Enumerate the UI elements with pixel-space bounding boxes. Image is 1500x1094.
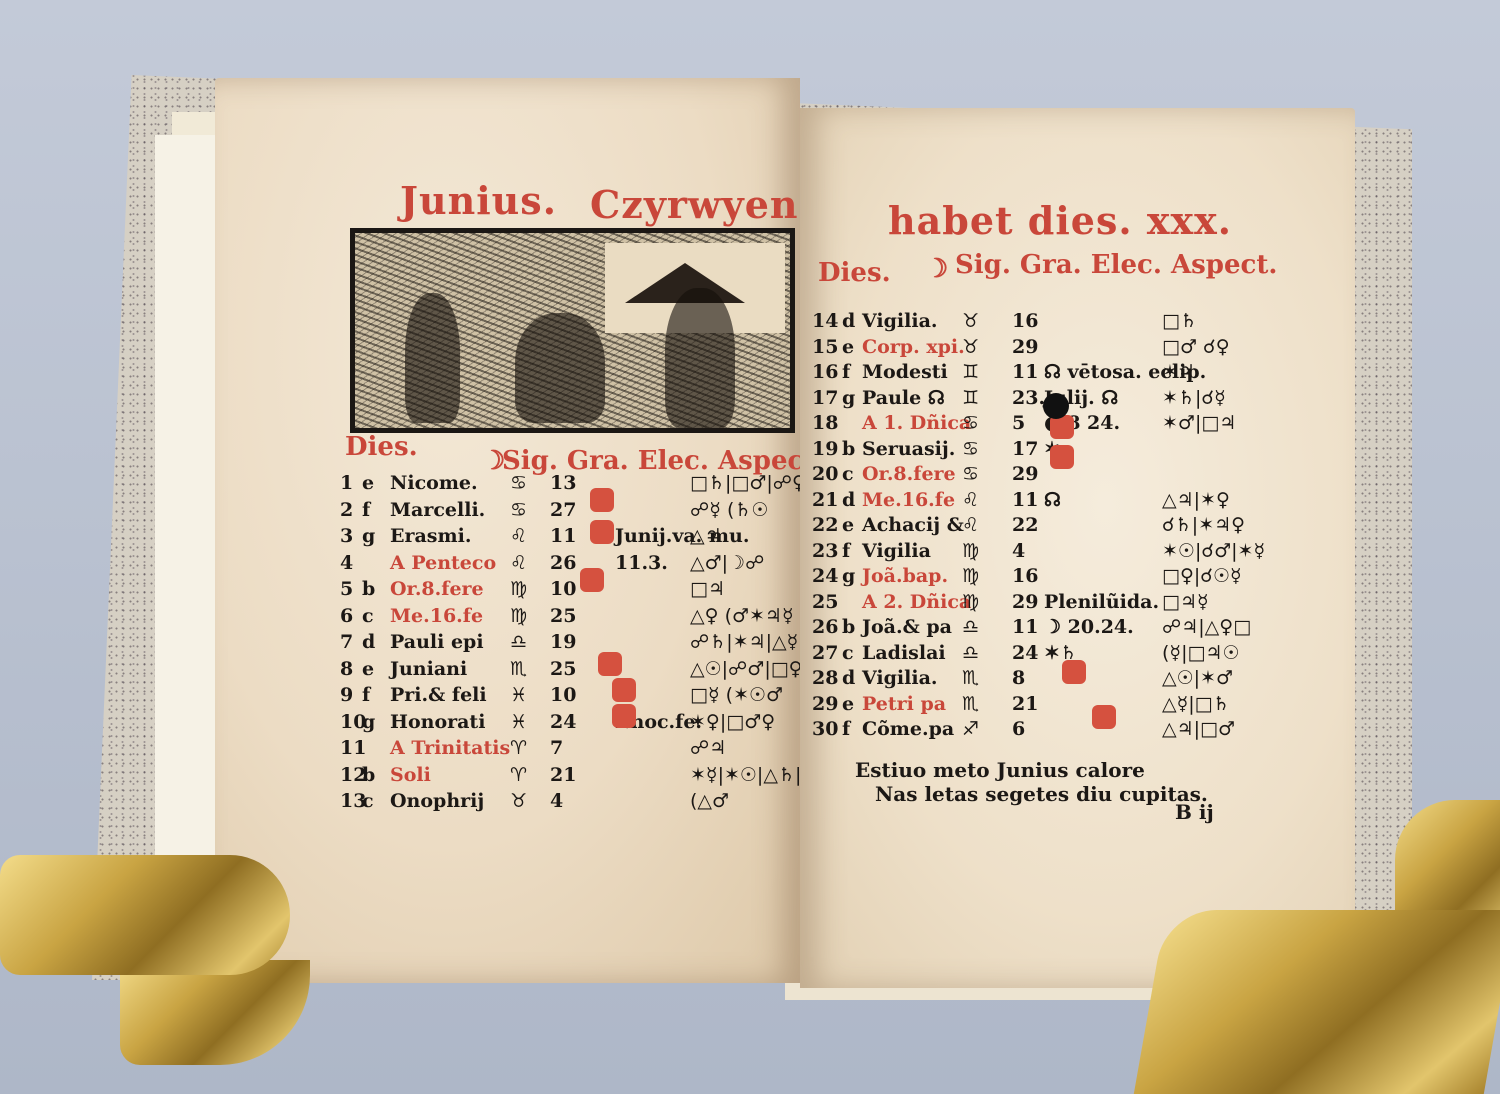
- feast-name: Or.8.fere: [390, 576, 484, 602]
- aspect-symbols: △☉|☍♂|□♀: [690, 656, 803, 682]
- degree: 29: [1012, 334, 1038, 360]
- zodiac-sign-icon: ♍: [962, 563, 979, 589]
- degree: 29: [1012, 589, 1038, 615]
- aspect-symbols: ✶♄|☌☿: [1162, 385, 1226, 411]
- zodiac-sign-icon: ♌: [962, 487, 979, 513]
- header-moon-icon: ☽: [925, 254, 948, 284]
- dominical-letter: b: [362, 576, 375, 602]
- day-number: 24: [812, 563, 838, 589]
- feast-name: Honorati: [390, 709, 485, 735]
- zodiac-sign-icon: ♋: [962, 436, 979, 462]
- degree: 16: [1012, 308, 1038, 334]
- degree: 7: [550, 735, 563, 761]
- aspect-symbols: △♃|□♂: [1162, 716, 1235, 742]
- dominical-letter: d: [842, 308, 855, 334]
- zodiac-sign-icon: ♉: [962, 334, 979, 360]
- red-rubric-mark: [1092, 705, 1116, 729]
- feast-name: Cõme.pa: [862, 716, 954, 742]
- dominical-letter: g: [842, 563, 855, 589]
- dominical-letter: e: [842, 691, 854, 717]
- degree: 27: [550, 497, 576, 523]
- degree: 13: [550, 470, 576, 496]
- day-number: 22: [812, 512, 838, 538]
- feast-name: Nicome.: [390, 470, 478, 496]
- day-number: 9: [340, 682, 353, 708]
- feast-name: Onophrij: [390, 788, 484, 814]
- election-note: ☽ 20.24.: [1044, 614, 1134, 640]
- signature-mark: B ij: [1175, 800, 1214, 824]
- red-rubric-mark: [612, 678, 636, 702]
- dominical-letter: d: [362, 629, 375, 655]
- zodiac-sign-icon: ♈: [510, 735, 527, 761]
- day-number: 11: [340, 735, 366, 761]
- red-rubric-mark: [590, 488, 614, 512]
- zodiac-sign-icon: ♈: [510, 762, 527, 788]
- red-rubric-mark: [598, 652, 622, 676]
- day-number: 2: [340, 497, 353, 523]
- aspect-symbols: △☉|✶♂: [1162, 665, 1233, 691]
- zodiac-sign-icon: ♉: [510, 788, 527, 814]
- aspect-symbols: ✶☿|✶☉|△♄|: [690, 762, 801, 788]
- woodcut-figure: [515, 313, 605, 423]
- dominical-letter: f: [362, 682, 370, 708]
- zodiac-sign-icon: ♏: [962, 691, 979, 717]
- aspect-symbols: △♃|✶♀: [1162, 487, 1230, 513]
- feast-name: Vigilia.: [862, 308, 938, 334]
- aspect-symbols: ☍♃|△♀□: [1162, 614, 1251, 640]
- feast-name: Marcelli.: [390, 497, 485, 523]
- feast-name: A Trinitatis: [390, 735, 510, 761]
- zodiac-sign-icon: ♏: [510, 656, 527, 682]
- feast-name: Achacij &: [862, 512, 964, 538]
- aspect-symbols: △♀ (♂✶♃☿: [690, 603, 794, 629]
- header-dies: Dies.: [818, 258, 891, 288]
- day-number: 30: [812, 716, 838, 742]
- dominical-letter: f: [362, 497, 370, 523]
- day-number: 18: [812, 410, 838, 436]
- day-number: 7: [340, 629, 353, 655]
- woodcut-figure: [665, 288, 735, 428]
- degree: 4: [1012, 538, 1025, 564]
- red-rubric-mark: [580, 568, 604, 592]
- aspect-symbols: ✶♂|□♃: [1162, 410, 1236, 436]
- feast-name: Me.16.fe: [862, 487, 955, 513]
- dominical-letter: c: [842, 461, 854, 487]
- red-rubric-mark: [612, 704, 636, 728]
- feast-name: A 2. Dñica: [862, 589, 971, 615]
- day-number: 19: [812, 436, 838, 462]
- feast-name: A Penteco: [390, 550, 496, 576]
- zodiac-sign-icon: ♋: [510, 497, 527, 523]
- feast-name: Vigilia.: [862, 665, 938, 691]
- brass-hand-clip-right: [1134, 910, 1500, 1094]
- degree: 23.: [1012, 385, 1045, 411]
- degree: 24: [550, 709, 576, 735]
- new-moon-icon: [1043, 393, 1069, 419]
- degree: 21: [1012, 691, 1038, 717]
- dominical-letter: e: [362, 470, 374, 496]
- day-number: 20: [812, 461, 838, 487]
- red-rubric-mark: [1062, 660, 1086, 684]
- degree: 11: [1012, 359, 1038, 385]
- feast-name: A 1. Dñica: [862, 410, 971, 436]
- zodiac-sign-icon: ♌: [510, 523, 527, 549]
- day-number: 21: [812, 487, 838, 513]
- day-number: 15: [812, 334, 838, 360]
- zodiac-sign-icon: ♎: [962, 614, 979, 640]
- aspect-symbols: ✶☉|☌♂|✶☿: [1162, 538, 1265, 564]
- degree: 8: [1012, 665, 1025, 691]
- zodiac-sign-icon: ♍: [962, 589, 979, 615]
- zodiac-sign-icon: ♌: [510, 550, 527, 576]
- dominical-letter: g: [362, 523, 375, 549]
- dominical-letter: e: [362, 656, 374, 682]
- degree: 11: [1012, 487, 1038, 513]
- dominical-letter: f: [842, 538, 850, 564]
- aspect-symbols: ☍♃: [690, 735, 726, 761]
- aspect-symbols: ☍☿ (♄☉: [690, 497, 768, 523]
- aspect-symbols: (☿|□♃☉: [1162, 640, 1240, 666]
- dominical-letter: b: [842, 436, 855, 462]
- degree: 16: [1012, 563, 1038, 589]
- feast-name: Me.16.fe: [390, 603, 483, 629]
- dominical-letter: b: [362, 762, 375, 788]
- dominical-letter: g: [362, 709, 375, 735]
- aspect-symbols: ✶♀|□♂♀: [690, 709, 775, 735]
- zodiac-sign-icon: ♋: [962, 410, 979, 436]
- zodiac-sign-icon: ♍: [962, 538, 979, 564]
- month-days-title: habet dies. xxx.: [888, 198, 1232, 243]
- aspect-symbols: △☿|□♄: [1162, 691, 1230, 717]
- zodiac-sign-icon: ♍: [510, 603, 527, 629]
- zodiac-sign-icon: ♓: [510, 709, 527, 735]
- aspect-symbols: □☿ (✶☉♂: [690, 682, 783, 708]
- degree: 10: [550, 576, 576, 602]
- feast-name: Soli: [390, 762, 431, 788]
- woodcut-illustration: [350, 228, 795, 433]
- aspect-symbols: □♃☿: [1162, 589, 1209, 615]
- month-title-latin: Junius.: [400, 178, 557, 223]
- header-dies: Dies.: [345, 432, 418, 462]
- aspect-symbols: □♀|☌☉☿: [1162, 563, 1242, 589]
- degree: 11: [1012, 614, 1038, 640]
- zodiac-sign-icon: ♓: [510, 682, 527, 708]
- feast-name: Vigilia: [862, 538, 931, 564]
- feast-name: Petri pa: [862, 691, 946, 717]
- feast-name: Ladislai: [862, 640, 946, 666]
- degree: 29: [1012, 461, 1038, 487]
- feast-name: Pauli epi: [390, 629, 484, 655]
- header-columns: Sig. Gra. Elec. Aspect.: [955, 250, 1277, 280]
- degree: 25: [550, 656, 576, 682]
- zodiac-sign-icon: ♍: [510, 576, 527, 602]
- feast-name: Seruasij.: [862, 436, 955, 462]
- day-number: 16: [812, 359, 838, 385]
- degree: 17: [1012, 436, 1038, 462]
- feast-name: Or.8.fere: [862, 461, 956, 487]
- degree: 26: [550, 550, 576, 576]
- red-rubric-mark: [590, 520, 614, 544]
- election-note: 11.3.: [615, 550, 668, 576]
- day-number: 28: [812, 665, 838, 691]
- dominical-letter: b: [842, 614, 855, 640]
- aspect-symbols: △♂|☽☍: [690, 550, 764, 576]
- zodiac-sign-icon: ♊: [962, 359, 979, 385]
- feast-name: Erasmi.: [390, 523, 471, 549]
- dominical-letter: e: [842, 334, 854, 360]
- aspect-symbols: □♄: [1162, 308, 1197, 334]
- zodiac-sign-icon: ♐: [962, 716, 979, 742]
- dominical-letter: e: [842, 512, 854, 538]
- election-note: Plenilũida.: [1044, 589, 1159, 615]
- degree: 10: [550, 682, 576, 708]
- zodiac-sign-icon: ♌: [962, 512, 979, 538]
- day-number: 4: [340, 550, 353, 576]
- election-note: ☊: [1044, 487, 1061, 513]
- day-number: 23: [812, 538, 838, 564]
- degree: 22: [1012, 512, 1038, 538]
- woodcut-figure: [405, 293, 460, 423]
- brass-hand-clip-left: [0, 855, 290, 975]
- degree: 11: [550, 523, 576, 549]
- feast-name: Joã.& pa: [862, 614, 952, 640]
- zodiac-sign-icon: ♎: [510, 629, 527, 655]
- zodiac-sign-icon: ♉: [962, 308, 979, 334]
- feast-name: Joã.bap.: [862, 563, 948, 589]
- aspect-symbols: □♃: [690, 576, 725, 602]
- feast-name: Modesti: [862, 359, 948, 385]
- day-number: 27: [812, 640, 838, 666]
- month-title-vernacular: Czyrwyen.: [590, 182, 813, 227]
- day-number: 17: [812, 385, 838, 411]
- degree: 4: [550, 788, 563, 814]
- degree: 5: [1012, 410, 1025, 436]
- dominical-letter: d: [842, 665, 855, 691]
- day-number: 29: [812, 691, 838, 717]
- aspect-symbols: (△♂: [690, 788, 729, 814]
- dominical-letter: d: [842, 487, 855, 513]
- election-note: Junij.va. mu.: [615, 523, 749, 549]
- dominical-letter: c: [362, 603, 374, 629]
- degree: 19: [550, 629, 576, 655]
- dominical-letter: c: [362, 788, 374, 814]
- day-number: 6: [340, 603, 353, 629]
- degree: 6: [1012, 716, 1025, 742]
- day-number: 8: [340, 656, 353, 682]
- feast-name: Paule ☊: [862, 385, 945, 411]
- feast-name: Pri.& feli: [390, 682, 487, 708]
- day-number: 5: [340, 576, 353, 602]
- day-number: 1: [340, 470, 353, 496]
- degree: 24: [1012, 640, 1038, 666]
- aspect-symbols: ✶♃: [1162, 359, 1195, 385]
- degree: 25: [550, 603, 576, 629]
- dominical-letter: f: [842, 716, 850, 742]
- zodiac-sign-icon: ♊: [962, 385, 979, 411]
- verse-line-1: Estiuo meto Junius calore: [855, 758, 1145, 782]
- zodiac-sign-icon: ♋: [962, 461, 979, 487]
- dominical-letter: c: [842, 640, 854, 666]
- zodiac-sign-icon: ♋: [510, 470, 527, 496]
- degree: 21: [550, 762, 576, 788]
- zodiac-sign-icon: ♎: [962, 640, 979, 666]
- aspect-symbols: △♃: [690, 523, 722, 549]
- day-number: 14: [812, 308, 838, 334]
- feast-name: Corp. xpi.: [862, 334, 965, 360]
- day-number: 25: [812, 589, 838, 615]
- verse-line-2: Nas letas segetes diu cupitas.: [875, 782, 1208, 806]
- day-number: 26: [812, 614, 838, 640]
- red-rubric-mark: [1050, 445, 1074, 469]
- aspect-symbols: ☌♄|✶♃♀: [1162, 512, 1245, 538]
- aspect-symbols: □♂ ☌♀: [1162, 334, 1230, 360]
- day-number: 3: [340, 523, 353, 549]
- dominical-letter: f: [842, 359, 850, 385]
- zodiac-sign-icon: ♏: [962, 665, 979, 691]
- dominical-letter: g: [842, 385, 855, 411]
- feast-name: Juniani: [390, 656, 467, 682]
- brass-clip-base: [120, 960, 310, 1065]
